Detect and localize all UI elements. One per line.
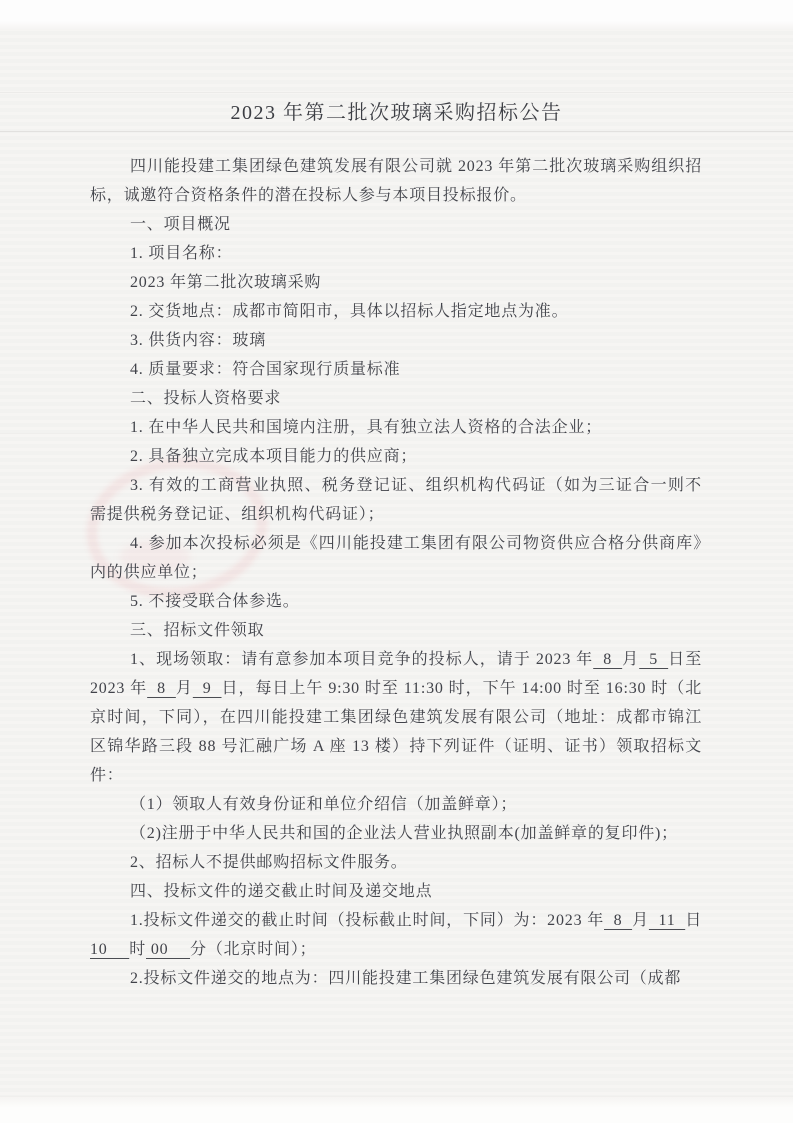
text-segment: 2.投标文件递交的地点为：四川能投建工集团绿色建筑发展有限公司（成都 bbox=[130, 970, 681, 987]
text-segment: 月 bbox=[622, 651, 639, 668]
text-segment: 1. 项目名称： bbox=[130, 245, 232, 262]
text-segment: 一、项目概况 bbox=[130, 216, 231, 233]
paragraph: 四、投标文件的递交截止时间及递交地点 bbox=[90, 877, 702, 906]
paragraph: 2、招标人不提供邮购招标文件服务。 bbox=[90, 848, 702, 877]
paragraph: 二、投标人资格要求 bbox=[90, 384, 702, 413]
scan-band-bottom bbox=[0, 1097, 793, 1123]
underlined-blank: 11 bbox=[649, 912, 685, 929]
paragraph: 4. 质量要求：符合国家现行质量标准 bbox=[90, 355, 702, 384]
paragraph: 3. 供货内容：玻璃 bbox=[90, 326, 702, 355]
text-segment: 3. 供货内容：玻璃 bbox=[130, 332, 266, 349]
text-segment: 4. 质量要求：符合国家现行质量标准 bbox=[130, 361, 400, 378]
underlined-blank: 8 bbox=[593, 651, 622, 668]
text-segment: （1）领取人有效身份证和单位介绍信（加盖鲜章）； bbox=[130, 796, 517, 813]
text-segment: 三、招标文件领取 bbox=[130, 622, 264, 639]
paragraph: 2. 具备独立完成本项目能力的供应商； bbox=[90, 442, 702, 471]
text-segment: 2023 年第二批次玻璃采购 bbox=[130, 274, 321, 291]
text-segment: 1. 在中华人民共和国境内注册，具有独立法人资格的合法企业； bbox=[130, 419, 602, 436]
text-segment: 四、投标文件的递交截止时间及递交地点 bbox=[130, 883, 432, 900]
text-segment: 2. 交货地点：成都市简阳市，具体以招标人指定地点为准。 bbox=[130, 303, 568, 320]
paragraph: 3. 有效的工商营业执照、税务登记证、组织机构代码证（如为三证合一则不需提供税务… bbox=[90, 471, 702, 529]
paragraph: 5. 不接受联合体参选。 bbox=[90, 587, 702, 616]
underlined-blank: 8 bbox=[147, 680, 176, 697]
paragraph: 2.投标文件递交的地点为：四川能投建工集团绿色建筑发展有限公司（成都 bbox=[90, 964, 702, 993]
paragraph: 一、项目概况 bbox=[90, 210, 702, 239]
underlined-blank: 5 bbox=[639, 651, 668, 668]
text-segment: 月 bbox=[176, 680, 193, 697]
underlined-blank: 9 bbox=[193, 680, 222, 697]
paragraph: 1、现场领取：请有意参加本项目竞争的投标人，请于 2023 年 8 月 5 日至… bbox=[90, 645, 702, 790]
paragraph: 2. 交货地点：成都市简阳市，具体以招标人指定地点为准。 bbox=[90, 297, 702, 326]
text-segment: 3. 有效的工商营业执照、税务登记证、组织机构代码证（如为三证合一则不需提供税务… bbox=[90, 477, 702, 523]
text-segment: 2. 具备独立完成本项目能力的供应商； bbox=[130, 448, 417, 465]
text-segment: 时 bbox=[129, 941, 146, 958]
scanned-page: 2023 年第二批次玻璃采购招标公告 四川能投建工集团绿色建筑发展有限公司就 2… bbox=[0, 0, 793, 1123]
paragraph: 2023 年第二批次玻璃采购 bbox=[90, 268, 702, 297]
text-segment: 1.投标文件递交的截止时间（投标截止时间，下同）为：2023 年 bbox=[130, 912, 604, 929]
paragraph: 1. 项目名称： bbox=[90, 239, 702, 268]
underlined-blank: 00 bbox=[146, 941, 190, 958]
scan-streak bbox=[0, 131, 793, 132]
text-segment: 分（北京时间）； bbox=[190, 941, 316, 958]
text-segment: 四川能投建工集团绿色建筑发展有限公司就 2023 年第二批次玻璃采购组织招标，诚… bbox=[90, 158, 702, 204]
document-title: 2023 年第二批次玻璃采购招标公告 bbox=[0, 0, 793, 127]
text-segment: 二、投标人资格要求 bbox=[130, 390, 281, 407]
text-segment: 5. 不接受联合体参选。 bbox=[130, 593, 300, 610]
text-segment: 2、招标人不提供邮购招标文件服务。 bbox=[130, 854, 408, 871]
paragraph: 三、招标文件领取 bbox=[90, 616, 702, 645]
document-body: 四川能投建工集团绿色建筑发展有限公司就 2023 年第二批次玻璃采购组织招标，诚… bbox=[90, 152, 702, 993]
underlined-blank: 8 bbox=[604, 912, 632, 929]
paragraph: 1. 在中华人民共和国境内注册，具有独立法人资格的合法企业； bbox=[90, 413, 702, 442]
paragraph: （1）领取人有效身份证和单位介绍信（加盖鲜章）； bbox=[90, 790, 702, 819]
text-segment: （2)注册于中华人民共和国的企业法人营业执照副本(加盖鲜章的复印件)； bbox=[130, 825, 678, 842]
paragraph: 四川能投建工集团绿色建筑发展有限公司就 2023 年第二批次玻璃采购组织招标，诚… bbox=[90, 152, 702, 210]
paragraph: （2)注册于中华人民共和国的企业法人营业执照副本(加盖鲜章的复印件)； bbox=[90, 819, 702, 848]
text-segment: 4. 参加本次投标必须是《四川能投建工集团有限公司物资供应合格分供商库》内的供应… bbox=[90, 535, 702, 581]
paragraph: 4. 参加本次投标必须是《四川能投建工集团有限公司物资供应合格分供商库》内的供应… bbox=[90, 529, 702, 587]
paragraph: 1.投标文件递交的截止时间（投标截止时间，下同）为：2023 年 8 月 11 … bbox=[90, 906, 702, 964]
text-segment: 月 bbox=[632, 912, 649, 929]
underlined-blank: 10 bbox=[90, 941, 129, 958]
text-segment: 日 bbox=[685, 912, 702, 929]
text-segment: 1、现场领取：请有意参加本项目竞争的投标人，请于 2023 年 bbox=[130, 651, 593, 668]
